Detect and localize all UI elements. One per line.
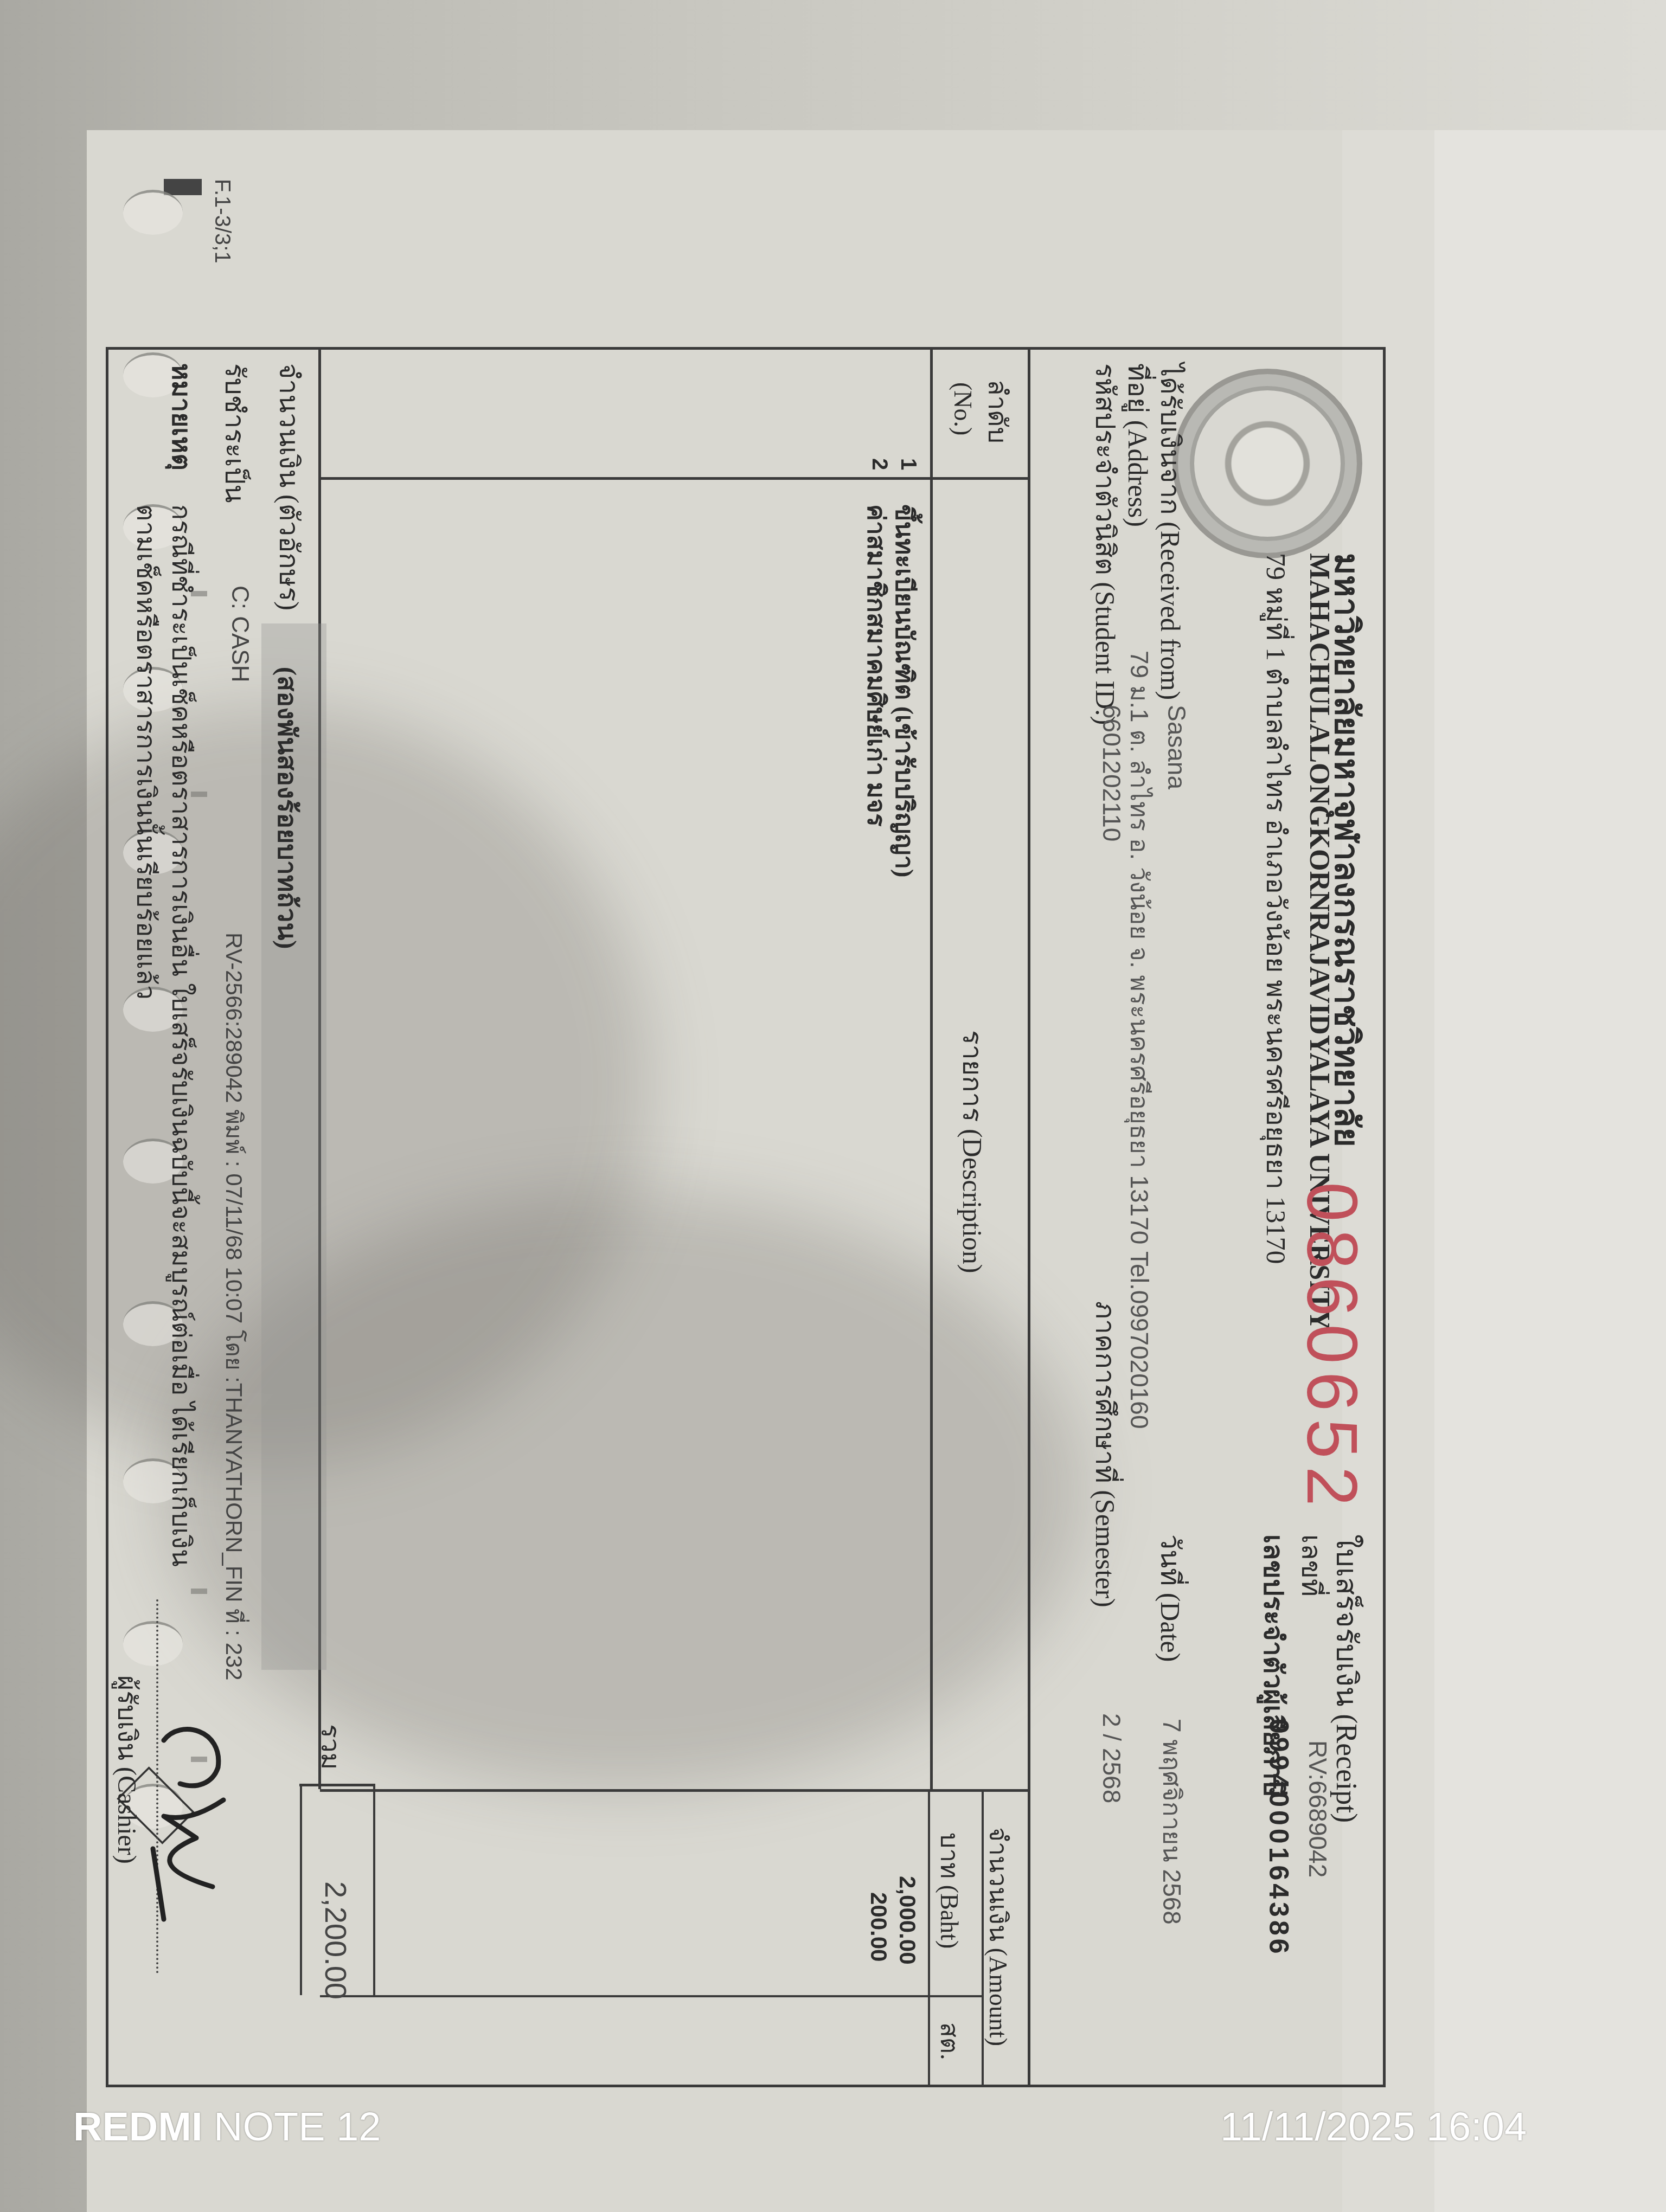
note-line-1: กรณีที่ชำระเป็นเช็คหรือตราสารการเงินอื่น…: [161, 504, 202, 1567]
col-header-baht: บาท (Baht): [930, 1832, 969, 1949]
feed-hole: [123, 1621, 183, 1666]
row-amount: 200.00: [866, 1892, 892, 1962]
receipt-no-label: เลขที่: [1290, 1534, 1332, 1597]
total-box-top: [373, 1784, 375, 1995]
form-border-top: [1383, 347, 1386, 2087]
form-code: F.1-3/3;1: [210, 179, 234, 263]
brand-model: NOTE 12: [214, 2104, 381, 2149]
receipt-serial-number: 0860652: [1291, 1182, 1373, 1514]
total-box-bottom: [300, 1784, 302, 1995]
date-value: 7 พฤศจิกายน 2568: [1152, 1719, 1191, 1925]
received-from-value: Sasana: [1162, 705, 1191, 789]
col-header-satang: สต.: [930, 2022, 969, 2060]
brand-bold: REDMI: [73, 2104, 202, 2149]
student-id-label: รหัสประจำตัวนิสิต (Student ID.): [1084, 363, 1126, 725]
row-description: ค่าสมาชิกสมาคมศิษย์เก่า มจร: [856, 504, 896, 827]
col-divider-amount: [320, 1789, 1030, 1792]
note-label: หมายเหตุ: [161, 363, 202, 471]
col-divider-no: [320, 477, 1030, 480]
form-border-right: [106, 2085, 1386, 2087]
payment-label: รับชำระเป็น: [213, 363, 256, 503]
print-info: RV-2566:289042 พิมพ์ : 07/11/68 10:07 โด…: [216, 933, 252, 1681]
col-header-description: รายการ (Description): [951, 1030, 994, 1274]
receipt-form: F.1-3/3;1 มหาวิทยาลัยมหาจุฬาลงกรณราชวิทย…: [0, 0, 1666, 2212]
row-amount: 2,000.00: [894, 1876, 920, 1965]
tax-id-value: 0994000164386: [1263, 1719, 1295, 1957]
camera-timestamp: 11/11/2025 16:04: [1220, 2104, 1527, 2150]
university-seal-logo: [1172, 369, 1362, 558]
col-header-no-en: (No.): [949, 382, 977, 435]
date-label: วันที่ (Date): [1149, 1534, 1191, 1662]
feed-hole: [123, 190, 183, 235]
form-border-left: [106, 347, 1386, 350]
semester-value: 2 / 2568: [1097, 1713, 1126, 1803]
table-header-divider: [930, 347, 933, 1789]
amount-words-value: (สองพันสองร้อยบาทถ้วน): [266, 667, 307, 949]
total-value: 2,200.00: [318, 1881, 354, 1999]
receipt-no-value: RV:6689042: [1303, 1740, 1332, 1877]
row-no: 2: [867, 458, 892, 470]
col-header-amount: จำนวนเงิน (Amount): [978, 1827, 1018, 2046]
total-label: รวม: [310, 1724, 351, 1770]
semester-label: ภาคการศึกษาที่ (Semester): [1084, 1301, 1126, 1607]
note-line-2: ตามเช็คหรือตราสารการเงินนั้นเรียบร้อยแล้…: [125, 504, 166, 1000]
perforation-mark: [191, 1589, 207, 1594]
camera-watermark-brand: REDMI NOTE 12: [73, 2104, 381, 2150]
amount-words-label: จำนวนเงิน (ตัวอักษร): [267, 363, 310, 610]
row-no: 1: [896, 458, 920, 470]
total-box-left: [299, 1784, 375, 1786]
university-address: 79 หมู่ที่ 1 ตำบลลำไทร อำเภอวังน้อย พระน…: [1254, 553, 1297, 1264]
student-id-value: 6601202110: [1097, 705, 1126, 841]
form-mark: [164, 179, 202, 195]
col-divider-satang: [320, 1995, 984, 1997]
col-header-no-th: ลำดับ: [977, 380, 1018, 443]
payment-value: C: CASH: [226, 586, 253, 682]
table-top-border: [1028, 347, 1030, 2087]
cashier-signature-icon: [137, 1708, 245, 1935]
